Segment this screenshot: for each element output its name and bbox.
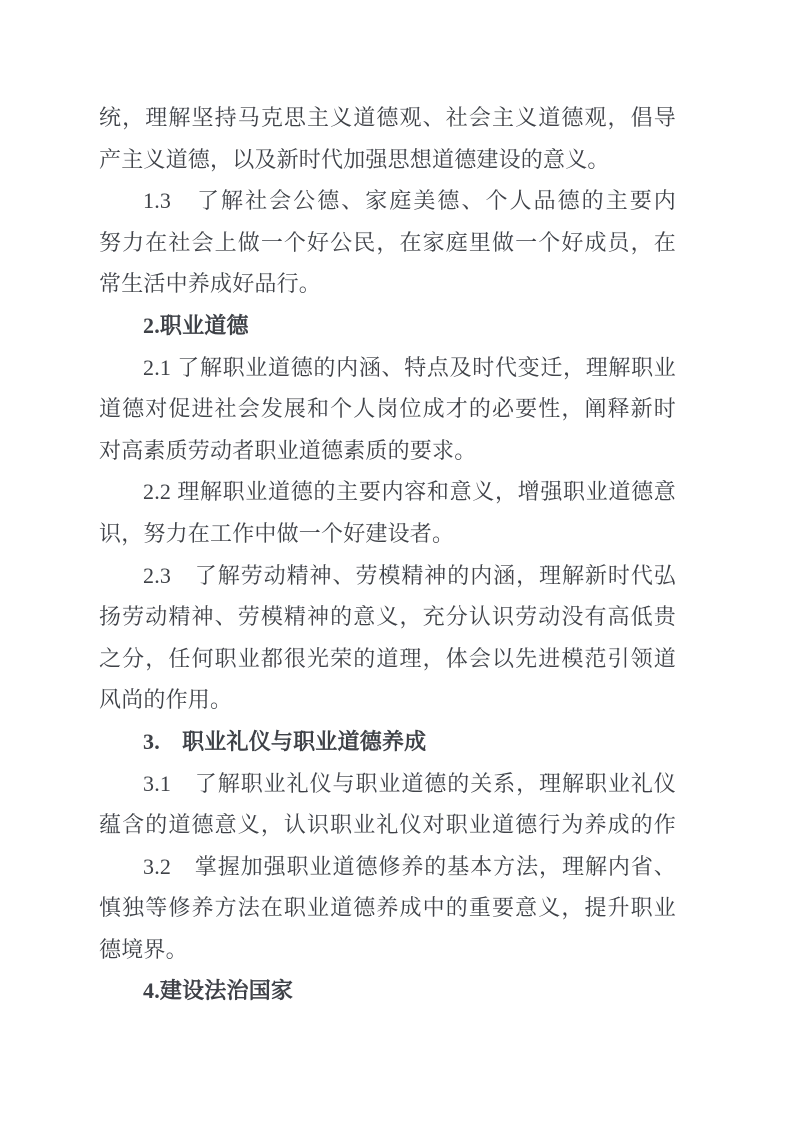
text-line: 风尚的作用。 <box>99 679 676 721</box>
text-line: 2.3 了解劳动精神、劳模精神的内涵，理解新时代弘 <box>99 555 676 597</box>
text-line: 蕴含的道德意义，认识职业礼仪对职业道德行为养成的作用。 <box>99 804 676 846</box>
text-line: 德境界。 <box>99 929 676 971</box>
document-page: 统，理解坚持马克思主义道德观、社会主义道德观，倡导共产主义道德，以及新时代加强思… <box>0 0 794 1123</box>
text-line: 2.2 理解职业道德的主要内容和意义，增强职业道德意 <box>99 471 676 513</box>
text-line: 对高素质劳动者职业道德素质的要求。 <box>99 430 676 472</box>
text-line: 识，努力在工作中做一个好建设者。 <box>99 513 676 555</box>
text-line: 道德对促进社会发展和个人岗位成才的必要性，阐释新时代 <box>99 388 676 430</box>
document-body: 统，理解坚持马克思主义道德观、社会主义道德观，倡导共产主义道德，以及新时代加强思… <box>99 97 676 1012</box>
text-line: 3.1 了解职业礼仪与职业道德的关系，理解职业礼仪 <box>99 763 676 805</box>
text-line: 统，理解坚持马克思主义道德观、社会主义道德观，倡导共 <box>99 97 676 139</box>
text-line: 1.3 了解社会公德、家庭美德、个人品德的主要内容， <box>99 180 676 222</box>
text-line: 产主义道德，以及新时代加强思想道德建设的意义。 <box>99 139 676 181</box>
section-heading: 4.建设法治国家 <box>99 970 676 1012</box>
section-heading: 3. 职业礼仪与职业道德养成 <box>99 721 676 763</box>
text-line: 常生活中养成好品行。 <box>99 263 676 305</box>
text-line: 努力在社会上做一个好公民，在家庭里做一个好成员，在日 <box>99 222 676 264</box>
text-line: 之分，任何职业都很光荣的道理，体会以先进模范引领道德 <box>99 638 676 680</box>
text-line: 3.2 掌握加强职业道德修养的基本方法，理解内省、 <box>99 846 676 888</box>
text-line: 慎独等修养方法在职业道德养成中的重要意义，提升职业道 <box>99 887 676 929</box>
text-line: 2.1 了解职业道德的内涵、特点及时代变迁，理解职业 <box>99 347 676 389</box>
section-heading: 2.职业道德 <box>99 305 676 347</box>
text-line: 扬劳动精神、劳模精神的意义，充分认识劳动没有高低贵贱 <box>99 596 676 638</box>
